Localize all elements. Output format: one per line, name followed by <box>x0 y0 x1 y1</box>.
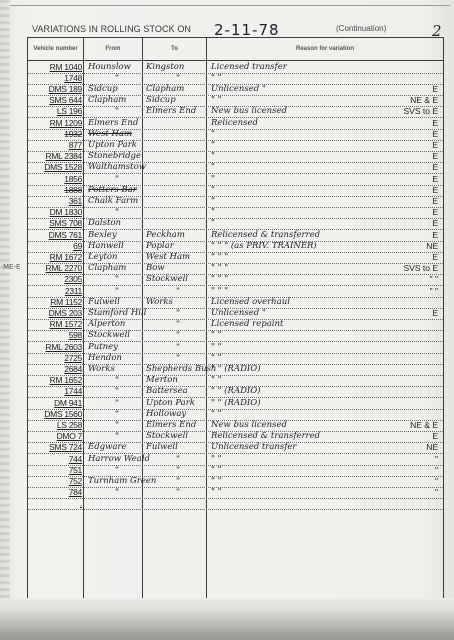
variation-code: E <box>358 252 444 263</box>
variation-code: NE <box>358 241 444 252</box>
scan-shadow <box>0 598 454 640</box>
vehicle-number: 598 <box>29 330 82 341</box>
vehicle-number: 751 <box>29 465 82 476</box>
to-location: Merton <box>146 375 208 386</box>
to-location <box>146 218 208 229</box>
page-edge-line <box>10 5 450 6</box>
from-location: " <box>88 398 146 409</box>
from-location: " <box>88 106 146 117</box>
vehicle-number: . <box>29 498 82 509</box>
variation-code <box>358 73 444 84</box>
variation-code: SVS to E <box>358 106 444 117</box>
to-location: Clapham <box>146 84 208 95</box>
margin-note: ME-E <box>3 263 20 271</box>
header-from: From <box>84 38 142 60</box>
to-location <box>146 185 208 196</box>
to-location: " <box>146 454 210 465</box>
to-location: Elmers End <box>146 106 208 117</box>
from-location: " <box>88 431 146 442</box>
vehicle-number: 2305 <box>29 274 82 285</box>
variation-code <box>358 498 444 509</box>
variation-code: E <box>358 207 444 218</box>
from-location: " <box>88 487 146 498</box>
vehicle-number: 784 <box>29 487 82 498</box>
variation-code: " " <box>358 274 444 285</box>
to-location: " <box>146 476 210 487</box>
from-location: " <box>88 409 146 420</box>
vehicle-number: 361 <box>29 196 82 207</box>
vehicle-number: 1748 <box>29 73 82 84</box>
variation-code: NE & E <box>358 420 444 431</box>
vehicle-number: DM 941 <box>29 398 82 409</box>
from-location: " <box>88 420 146 431</box>
variation-code: " " <box>358 286 444 297</box>
to-location: " <box>146 465 210 476</box>
to-location: Kingston <box>146 62 208 73</box>
variation-code: E <box>358 185 444 196</box>
variation-code: NE <box>358 442 444 453</box>
variation-code: " <box>358 487 444 498</box>
to-location: Sidcup <box>146 95 208 106</box>
vehicle-number: 1856 <box>29 174 82 185</box>
variation-code <box>358 297 444 308</box>
to-location: Stockwell <box>146 274 208 285</box>
variation-code: NE & E <box>358 95 444 106</box>
from-location: " <box>88 174 146 185</box>
variation-code: " <box>358 454 444 465</box>
to-location <box>146 118 208 129</box>
to-location: " <box>146 353 210 364</box>
vehicle-number: 744 <box>29 454 82 465</box>
variation-code: E <box>358 230 444 241</box>
vehicle-number: 69 <box>29 241 82 252</box>
vehicle-number: DMS 189 <box>29 84 82 95</box>
variation-code: " <box>358 465 444 476</box>
variation-code <box>358 330 444 341</box>
vehicle-number: RM 1040 <box>29 62 82 73</box>
to-location <box>146 162 208 173</box>
to-location: Fulwell <box>146 442 208 453</box>
to-location: Battersea <box>146 386 208 397</box>
to-location <box>146 129 208 140</box>
to-location: Works <box>146 297 208 308</box>
to-location: " <box>146 487 210 498</box>
variation-code: E <box>358 162 444 173</box>
to-location <box>146 498 208 509</box>
to-location <box>146 196 208 207</box>
header-to: To <box>143 38 206 60</box>
header-vehicle: Vehicle number <box>28 38 83 60</box>
vehicle-number: DMO 7 <box>29 431 82 442</box>
to-location: " <box>146 319 210 330</box>
to-location: " <box>146 286 210 297</box>
table-row: . <box>28 498 443 510</box>
variation-code: SVS to E <box>358 263 444 274</box>
to-location: Peckham <box>146 230 208 241</box>
variation-code: E <box>358 308 444 319</box>
variation-code: " <box>358 476 444 487</box>
to-location: " <box>146 73 210 84</box>
to-location <box>146 207 208 218</box>
variation-code: E <box>358 129 444 140</box>
variation-code <box>358 409 444 420</box>
variation-code: E <box>358 174 444 185</box>
vehicle-number: RM 1652 <box>29 375 82 386</box>
vehicle-number: 877 <box>29 140 82 151</box>
vehicle-number: SMS 708 <box>29 218 82 229</box>
variation-code <box>358 375 444 386</box>
to-location: " <box>146 308 210 319</box>
binding-edge <box>0 0 10 640</box>
vehicle-number: DMS 203 <box>29 308 82 319</box>
variations-table: Vehicle number From To Reason for variat… <box>27 37 444 617</box>
vehicle-number: RM 1152 <box>29 297 82 308</box>
vehicle-number: 1888 <box>29 185 82 196</box>
variation-code: E <box>358 118 444 129</box>
vehicle-number: SMS 644 <box>29 95 82 106</box>
variation-code <box>358 353 444 364</box>
to-location: West Ham <box>146 252 208 263</box>
to-location: Bow <box>146 263 208 274</box>
from-location: " <box>88 207 146 218</box>
to-location: Upton Park <box>146 398 208 409</box>
variation-code: E <box>358 196 444 207</box>
vehicle-number: 1744 <box>29 386 82 397</box>
from-location: " <box>88 386 146 397</box>
to-location: Holloway <box>146 409 208 420</box>
variation-code <box>358 62 444 73</box>
to-location <box>146 151 208 162</box>
vehicle-number: SMS 724 <box>29 442 82 453</box>
vehicle-number: RM 1209 <box>29 118 82 129</box>
vehicle-number: DM 1830 <box>29 207 82 218</box>
vehicle-number: DMS 761 <box>29 230 82 241</box>
to-location: Shepherds Bush <box>146 364 208 375</box>
vehicle-number: RML 2270 <box>29 263 82 274</box>
from-location: " <box>88 274 146 285</box>
form-title: VARIATIONS IN ROLLING STOCK ON <box>32 24 191 34</box>
variation-code <box>358 364 444 375</box>
vehicle-number: 2311 <box>29 286 82 297</box>
vehicle-number: RM 1572 <box>29 319 82 330</box>
vehicle-number: DMS 1560 <box>29 409 82 420</box>
vehicle-number: RML 2384 <box>29 151 82 162</box>
to-location: " <box>146 330 210 341</box>
to-location <box>146 140 208 151</box>
vehicle-number: LS 196 <box>29 106 82 117</box>
to-location: Elmers End <box>146 420 208 431</box>
table-header: Vehicle number From To Reason for variat… <box>28 38 443 61</box>
from-location: " <box>88 286 146 297</box>
variation-code: E <box>358 431 444 442</box>
vehicle-number: 2684 <box>29 364 82 375</box>
variation-code: E <box>358 140 444 151</box>
from-location: " <box>88 465 146 476</box>
variation-code <box>358 342 444 353</box>
variation-code <box>358 398 444 409</box>
to-location: Poplar <box>146 241 208 252</box>
variation-code: E <box>358 218 444 229</box>
to-location: Stockwell <box>146 431 208 442</box>
continuation-label: (Continuation) <box>336 24 386 33</box>
from-location: " <box>88 375 146 386</box>
vehicle-number: RML 2603 <box>29 342 82 353</box>
to-location <box>146 174 208 185</box>
variation-code: E <box>358 151 444 162</box>
vehicle-number: LS 258 <box>29 420 82 431</box>
vehicle-number: 2725 <box>29 353 82 364</box>
vehicle-number: DMS 1528 <box>29 162 82 173</box>
variation-code: E <box>358 84 444 95</box>
vehicle-number: RM 1672 <box>29 252 82 263</box>
variation-code <box>358 319 444 330</box>
header-reason: Reason for variation <box>207 38 443 60</box>
to-location: " <box>146 342 210 353</box>
document-page: VARIATIONS IN ROLLING STOCK ON 2-11-78 (… <box>0 0 454 640</box>
from-location: " <box>88 73 146 84</box>
variation-code <box>358 386 444 397</box>
vehicle-number: 1932 <box>29 129 82 140</box>
vehicle-number: 752 <box>29 476 82 487</box>
